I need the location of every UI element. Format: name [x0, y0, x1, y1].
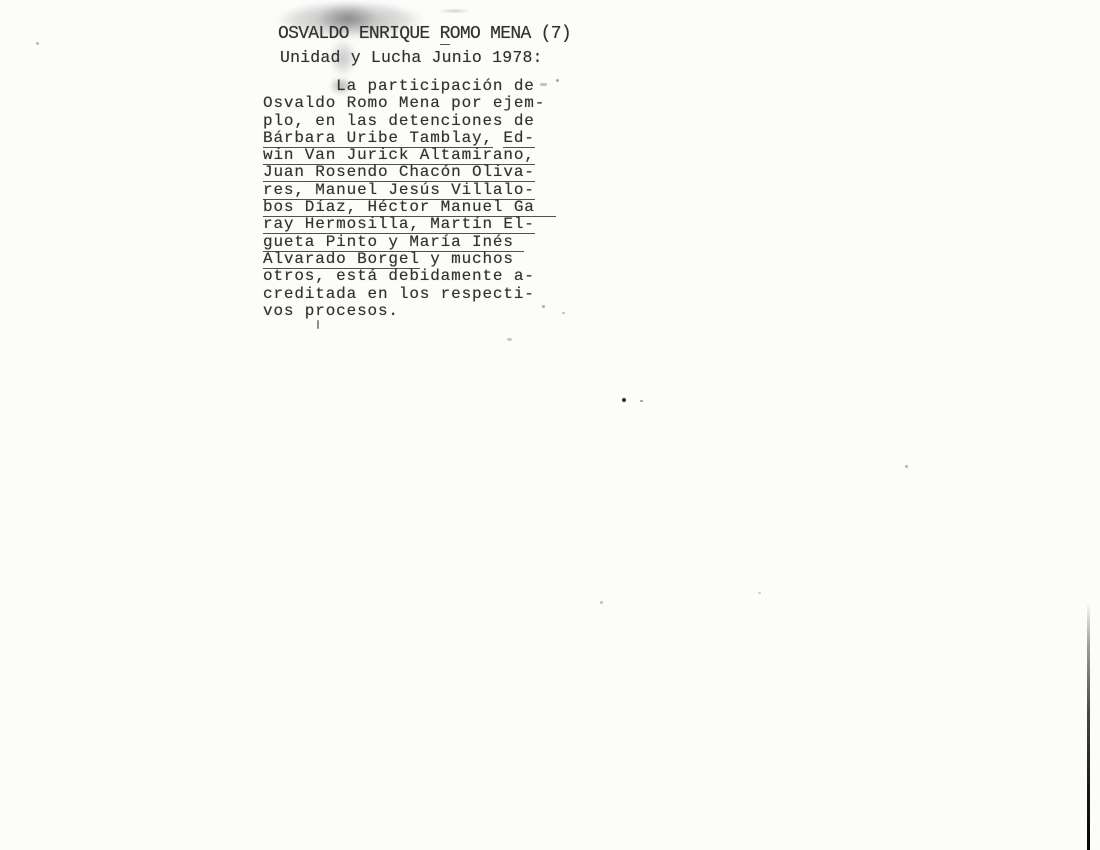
document-body: La participación deOsvaldo Romo Mena por… — [263, 78, 603, 320]
text-segment: creditada en los respecti- — [263, 285, 535, 303]
typewritten-line: creditada en los respecti- — [263, 286, 603, 303]
typewritten-line: bos Díaz, Héctor Manuel Ga — [263, 199, 603, 216]
typewritten-line: Alvarado Borgel y muchos — [263, 251, 603, 268]
text-segment: OSVALDO ENRIQUE — [278, 24, 440, 44]
scan-speck — [507, 338, 512, 341]
document-subtitle: Unidad y Lucha Junio 1978: — [263, 47, 603, 69]
scan-edge-artifact — [1087, 602, 1090, 850]
typewritten-text-block: OSVALDO ENRIQUE ROMO MENA (7) Unidad y L… — [263, 23, 603, 320]
faint-stamp-marks-artifact — [433, 7, 481, 16]
scan-speck — [317, 320, 319, 329]
text-segment — [493, 129, 503, 147]
underlined-text-segment: win Van Jurick Altamirano, — [263, 146, 535, 165]
text-segment: vos procesos. — [263, 302, 399, 320]
text-segment: La participación de — [263, 77, 535, 95]
typewritten-line: otros, está debidamente a- — [263, 268, 603, 285]
typewritten-line: gueta Pinto y María Inés — [263, 234, 603, 251]
typewritten-line: Bárbara Uribe Tamblay, Ed- — [263, 130, 603, 147]
underlined-text-segment: Juan Rosendo Chacón Oliva- — [263, 163, 535, 182]
typewritten-line: Osvaldo Romo Mena por ejem- — [263, 95, 603, 112]
scan-speck — [36, 42, 39, 45]
typewritten-line: vos procesos. — [263, 303, 603, 320]
underlined-text-segment: ray Hermosilla, Martín El- — [263, 215, 535, 234]
underlined-text-segment: Bárbara Uribe Tamblay, — [263, 129, 493, 148]
scan-speck — [622, 398, 626, 402]
text-segment: y muchos — [420, 250, 514, 268]
document-title: OSVALDO ENRIQUE ROMO MENA (7) — [263, 23, 603, 45]
underlined-text-segment: Ed- — [503, 129, 534, 148]
text-segment: otros, está debidamente a- — [263, 267, 535, 285]
underlined-text-segment: R — [440, 24, 450, 45]
typewritten-line: plo, en las detenciones de — [263, 113, 603, 130]
scan-speck — [600, 601, 603, 604]
typewritten-line: Juan Rosendo Chacón Oliva- — [263, 164, 603, 181]
typewritten-line: La participación de — [263, 78, 603, 95]
scanned-document-page: OSVALDO ENRIQUE ROMO MENA (7) Unidad y L… — [0, 0, 1100, 850]
scan-speck — [640, 400, 643, 402]
underlined-text-segment: gueta Pinto y María Inés — [263, 233, 524, 252]
typewritten-line: res, Manuel Jesús Villalo- — [263, 182, 603, 199]
underlined-text-segment: Alvarado Borgel — [263, 250, 420, 269]
text-segment: plo, en las detenciones de — [263, 112, 535, 130]
typewritten-line: win Van Jurick Altamirano, — [263, 147, 603, 164]
underlined-text-segment: res, Manuel Jesús Villalo- — [263, 181, 535, 200]
underlined-text-segment: bos Díaz, Héctor Manuel Ga — [263, 198, 556, 217]
typewritten-line: ray Hermosilla, Martín El- — [263, 216, 603, 233]
text-segment: Osvaldo Romo Mena por ejem- — [263, 94, 545, 112]
scan-speck — [905, 465, 908, 468]
scan-speck — [758, 592, 761, 594]
text-segment: OMO MENA (7) — [450, 24, 571, 44]
